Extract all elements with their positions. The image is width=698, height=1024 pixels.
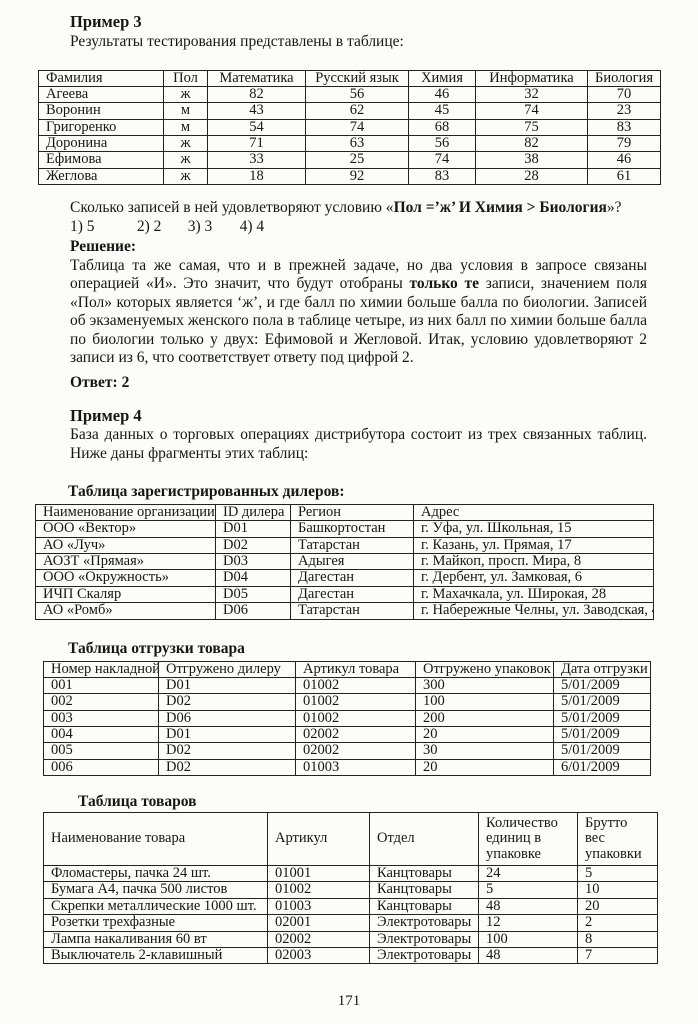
table-cell: D05 [216, 586, 291, 602]
table-cell: 24 [479, 866, 578, 882]
table-cell: Жеглова [39, 168, 164, 184]
table-cell: 25 [306, 152, 409, 168]
table-cell: 02002 [296, 726, 416, 742]
table-row: Ефимоваж3325743846 [39, 152, 661, 168]
table-cell: Татарстан [291, 603, 414, 619]
table-cell: Розетки трехфазные [44, 915, 268, 931]
table-cell: 002 [44, 694, 159, 710]
table-cell: Лампа накаливания 60 вт [44, 931, 268, 947]
table-cell: Доронина [39, 135, 164, 151]
table-cell: 83 [409, 168, 476, 184]
table-row: 003D06010022005/01/2009 [44, 710, 651, 726]
shipments-table: Номер накладнойОтгружено дилеруАртикул т… [43, 661, 651, 777]
table-row: 001D01010023005/01/2009 [44, 677, 651, 693]
option-2: 2) 2 [137, 218, 184, 237]
table-cell: D02 [216, 537, 291, 553]
table-cell: ООО «Окружность» [36, 570, 216, 586]
table-header-row: Наименование организацииID дилераРегионА… [36, 505, 654, 521]
table-cell: D01 [159, 726, 296, 742]
column-header: Фамилия [39, 70, 164, 86]
table-cell: 02001 [268, 915, 370, 931]
table-cell: 74 [476, 103, 588, 119]
column-header: Адрес [414, 505, 654, 521]
dealers-table-caption: Таблица зарегистрированных дилеров: [68, 484, 698, 500]
table-cell: 01002 [296, 710, 416, 726]
table-row: Бумага А4, пачка 500 листов01002Канцтова… [44, 882, 658, 898]
table-cell: Татарстан [291, 537, 414, 553]
table-cell: Дагестан [291, 570, 414, 586]
table-cell: Агеева [39, 86, 164, 102]
table-cell: 6/01/2009 [554, 759, 651, 775]
table-row: 006D0201003206/01/2009 [44, 759, 651, 775]
column-header: Наименование организации [36, 505, 216, 521]
table-cell: 8 [578, 931, 658, 947]
table-cell: Выключатель 2-клавишный [44, 947, 268, 963]
table-cell: 01003 [296, 759, 416, 775]
table-row: Розетки трехфазные02001Электротовары122 [44, 915, 658, 931]
table-cell: 61 [588, 168, 661, 184]
table-cell: г. Казань, ул. Прямая, 17 [414, 537, 654, 553]
table-cell: 75 [476, 119, 588, 135]
option-1: 1) 5 [70, 218, 133, 237]
column-header: Регион [291, 505, 414, 521]
table-cell: 5/01/2009 [554, 694, 651, 710]
goods-table-caption: Таблица товаров [78, 794, 698, 810]
answer-options: 1) 5 2) 2 3) 3 4) 4 [70, 218, 698, 237]
table-cell: Электротовары [370, 947, 479, 963]
table-cell: 01002 [296, 677, 416, 693]
table-cell: Ефимова [39, 152, 164, 168]
table-cell: 43 [208, 103, 306, 119]
table-cell: 70 [588, 86, 661, 102]
table-cell: 5/01/2009 [554, 710, 651, 726]
table-row: Агееваж8256463270 [39, 86, 661, 102]
table-cell: м [164, 119, 208, 135]
table-cell: г. Дербент, ул. Замковая, 6 [414, 570, 654, 586]
table-cell: Дагестан [291, 586, 414, 602]
table-cell: 20 [578, 898, 658, 914]
example4-intro-line2: Ниже даны фрагменты этих таблиц: [70, 445, 647, 464]
table-row: ООО «Вектор»D01Башкортостанг. Уфа, ул. Ш… [36, 521, 654, 537]
table-header-row: Наименование товараАртикулОтделКоличеств… [44, 813, 658, 866]
solution-emphasis: только те [409, 275, 479, 292]
table-cell: Канцтовары [370, 866, 479, 882]
table-cell: 38 [476, 152, 588, 168]
table-cell: 48 [479, 947, 578, 963]
table-row: АОЗТ «Прямая»D03Адыгеяг. Майкоп, просп. … [36, 554, 654, 570]
table-row: Доронинаж7163568279 [39, 135, 661, 151]
table-cell: 48 [479, 898, 578, 914]
table-cell: 005 [44, 743, 159, 759]
column-header: Артикул товара [296, 661, 416, 677]
table-cell: 004 [44, 726, 159, 742]
table-cell: АО «Луч» [36, 537, 216, 553]
table-cell: 62 [306, 103, 409, 119]
table-cell: ИЧП Скаляр [36, 586, 216, 602]
table-row: ИЧП СкалярD05Дагестанг. Махачкала, ул. Ш… [36, 586, 654, 602]
table-cell: 56 [306, 86, 409, 102]
table-cell: 45 [409, 103, 476, 119]
table-cell: 82 [208, 86, 306, 102]
table-header-row: ФамилияПолМатематикаРусский языкХимияИнф… [39, 70, 661, 86]
column-header: Брутто вес упаковки [578, 813, 658, 866]
column-header: Химия [409, 70, 476, 86]
question-suffix: »? [607, 199, 622, 216]
table-cell: Григоренко [39, 119, 164, 135]
test-results-table: ФамилияПолМатематикаРусский языкХимияИнф… [38, 70, 661, 186]
table-cell: 01002 [268, 882, 370, 898]
table-cell: 100 [479, 931, 578, 947]
table-cell: 12 [479, 915, 578, 931]
table-cell: 02002 [268, 931, 370, 947]
column-header: Количество единиц в упаковке [479, 813, 578, 866]
table-cell: 83 [588, 119, 661, 135]
table-cell: D02 [159, 743, 296, 759]
table-cell: 71 [208, 135, 306, 151]
example3-question: Сколько записей в ней удовлетворяют усло… [70, 199, 647, 218]
table-cell: Электротовары [370, 915, 479, 931]
table-cell: Электротовары [370, 931, 479, 947]
scanned-book-page: Пример 3 Результаты тестирования предста… [0, 0, 698, 1024]
column-header: Математика [208, 70, 306, 86]
table-row: 004D0102002205/01/2009 [44, 726, 651, 742]
table-cell: 5/01/2009 [554, 677, 651, 693]
table-cell: Башкортостан [291, 521, 414, 537]
column-header: Дата отгрузки [554, 661, 651, 677]
table-cell: ж [164, 168, 208, 184]
table-cell: 02003 [268, 947, 370, 963]
example4-heading: Пример 4 [70, 407, 645, 425]
table-cell: 74 [306, 119, 409, 135]
table-cell: ООО «Вектор» [36, 521, 216, 537]
table-cell: 01001 [268, 866, 370, 882]
table-cell: 82 [476, 135, 588, 151]
table-cell: Воронин [39, 103, 164, 119]
table-row: Фломастеры, пачка 24 шт.01001Канцтовары2… [44, 866, 658, 882]
table-row: Лампа накаливания 60 вт02002Электротовар… [44, 931, 658, 947]
table-cell: Фломастеры, пачка 24 шт. [44, 866, 268, 882]
table-cell: D03 [216, 554, 291, 570]
table-cell: 92 [306, 168, 409, 184]
table-cell: ж [164, 135, 208, 151]
column-header: Отгружено упаковок [416, 661, 554, 677]
table-cell: 100 [416, 694, 554, 710]
table-cell: 79 [588, 135, 661, 151]
table-cell: 10 [578, 882, 658, 898]
table-cell: D06 [159, 710, 296, 726]
table-cell: ж [164, 152, 208, 168]
table-cell: 7 [578, 947, 658, 963]
table-cell: АОЗТ «Прямая» [36, 554, 216, 570]
example4-intro-line1: База данных о торговых операциях дистриб… [70, 426, 647, 445]
table-cell: 003 [44, 710, 159, 726]
table-cell: 20 [416, 726, 554, 742]
solution-paragraph: Таблица та же самая, что и в прежней зад… [70, 257, 647, 368]
table-cell: 01002 [296, 694, 416, 710]
table-row: Воронинм4362457423 [39, 103, 661, 119]
table-cell: 63 [306, 135, 409, 151]
table-row: 005D0202002305/01/2009 [44, 743, 651, 759]
table-cell: 32 [476, 86, 588, 102]
table-cell: 5/01/2009 [554, 726, 651, 742]
table-cell: 200 [416, 710, 554, 726]
table-cell: 01003 [268, 898, 370, 914]
question-condition: Пол =’ж’ И Химия > Биология [394, 199, 607, 216]
table-cell: 20 [416, 759, 554, 775]
option-4: 4) 4 [240, 218, 265, 237]
table-row: Выключатель 2-клавишный02003Электротовар… [44, 947, 658, 963]
table-cell: D01 [216, 521, 291, 537]
table-cell: 5 [578, 866, 658, 882]
table-cell: D04 [216, 570, 291, 586]
column-header: ID дилера [216, 505, 291, 521]
table-cell: Скрепки металлические 1000 шт. [44, 898, 268, 914]
table-cell: м [164, 103, 208, 119]
column-header: Пол [164, 70, 208, 86]
table-cell: D02 [159, 694, 296, 710]
table-cell: 33 [208, 152, 306, 168]
table-cell: D02 [159, 759, 296, 775]
column-header: Наименование товара [44, 813, 268, 866]
column-header: Отдел [370, 813, 479, 866]
table-cell: 56 [409, 135, 476, 151]
column-header: Информатика [476, 70, 588, 86]
column-header: Номер накладной [44, 661, 159, 677]
table-row: АО «Ромб»D06Татарстанг. Набережные Челны… [36, 603, 654, 619]
column-header: Биология [588, 70, 661, 86]
table-cell: D06 [216, 603, 291, 619]
table-cell: 46 [409, 86, 476, 102]
table-cell: г. Махачкала, ул. Широкая, 28 [414, 586, 654, 602]
table-cell: г. Набережные Челны, ул. Заводская, 4 [414, 603, 654, 619]
table-cell: 46 [588, 152, 661, 168]
table-cell: 5/01/2009 [554, 743, 651, 759]
table-cell: Адыгея [291, 554, 414, 570]
table-cell: Бумага А4, пачка 500 листов [44, 882, 268, 898]
table-cell: 18 [208, 168, 306, 184]
option-3: 3) 3 [188, 218, 236, 237]
table-cell: Канцтовары [370, 882, 479, 898]
page-number: 171 [0, 993, 698, 1010]
table-cell: 68 [409, 119, 476, 135]
dealers-table: Наименование организацииID дилераРегионА… [35, 504, 654, 620]
table-cell: 54 [208, 119, 306, 135]
example3-heading: Пример 3 [70, 0, 645, 31]
table-cell: 300 [416, 677, 554, 693]
table-row: Скрепки металлические 1000 шт.01003Канцт… [44, 898, 658, 914]
column-header: Отгружено дилеру [159, 661, 296, 677]
column-header: Русский язык [306, 70, 409, 86]
table-cell: 30 [416, 743, 554, 759]
column-header: Артикул [268, 813, 370, 866]
table-cell: 74 [409, 152, 476, 168]
shipments-table-caption: Таблица отгрузки товара [68, 641, 698, 657]
table-row: Жегловаж1892832861 [39, 168, 661, 184]
table-cell: 001 [44, 677, 159, 693]
table-cell: АО «Ромб» [36, 603, 216, 619]
table-cell: 28 [476, 168, 588, 184]
table-cell: 02002 [296, 743, 416, 759]
table-cell: 2 [578, 915, 658, 931]
table-row: ООО «Окружность»D04Дагестанг. Дербент, у… [36, 570, 654, 586]
solution-label: Решение: [70, 238, 647, 257]
table-cell: Канцтовары [370, 898, 479, 914]
table-cell: г. Майкоп, просп. Мира, 8 [414, 554, 654, 570]
table-cell: 006 [44, 759, 159, 775]
table-cell: 23 [588, 103, 661, 119]
table-row: 002D02010021005/01/2009 [44, 694, 651, 710]
table-cell: ж [164, 86, 208, 102]
table-cell: г. Уфа, ул. Школьная, 15 [414, 521, 654, 537]
goods-table: Наименование товараАртикулОтделКоличеств… [43, 812, 658, 964]
table-cell: 5 [479, 882, 578, 898]
table-header-row: Номер накладнойОтгружено дилеруАртикул т… [44, 661, 651, 677]
table-row: Григоренком5474687583 [39, 119, 661, 135]
example3-intro: Результаты тестирования представлены в т… [70, 33, 647, 52]
table-row: АО «Луч»D02Татарстанг. Казань, ул. Пряма… [36, 537, 654, 553]
table-cell: D01 [159, 677, 296, 693]
answer-line: Ответ: 2 [70, 374, 647, 393]
question-prefix: Сколько записей в ней удовлетворяют усло… [70, 199, 394, 216]
